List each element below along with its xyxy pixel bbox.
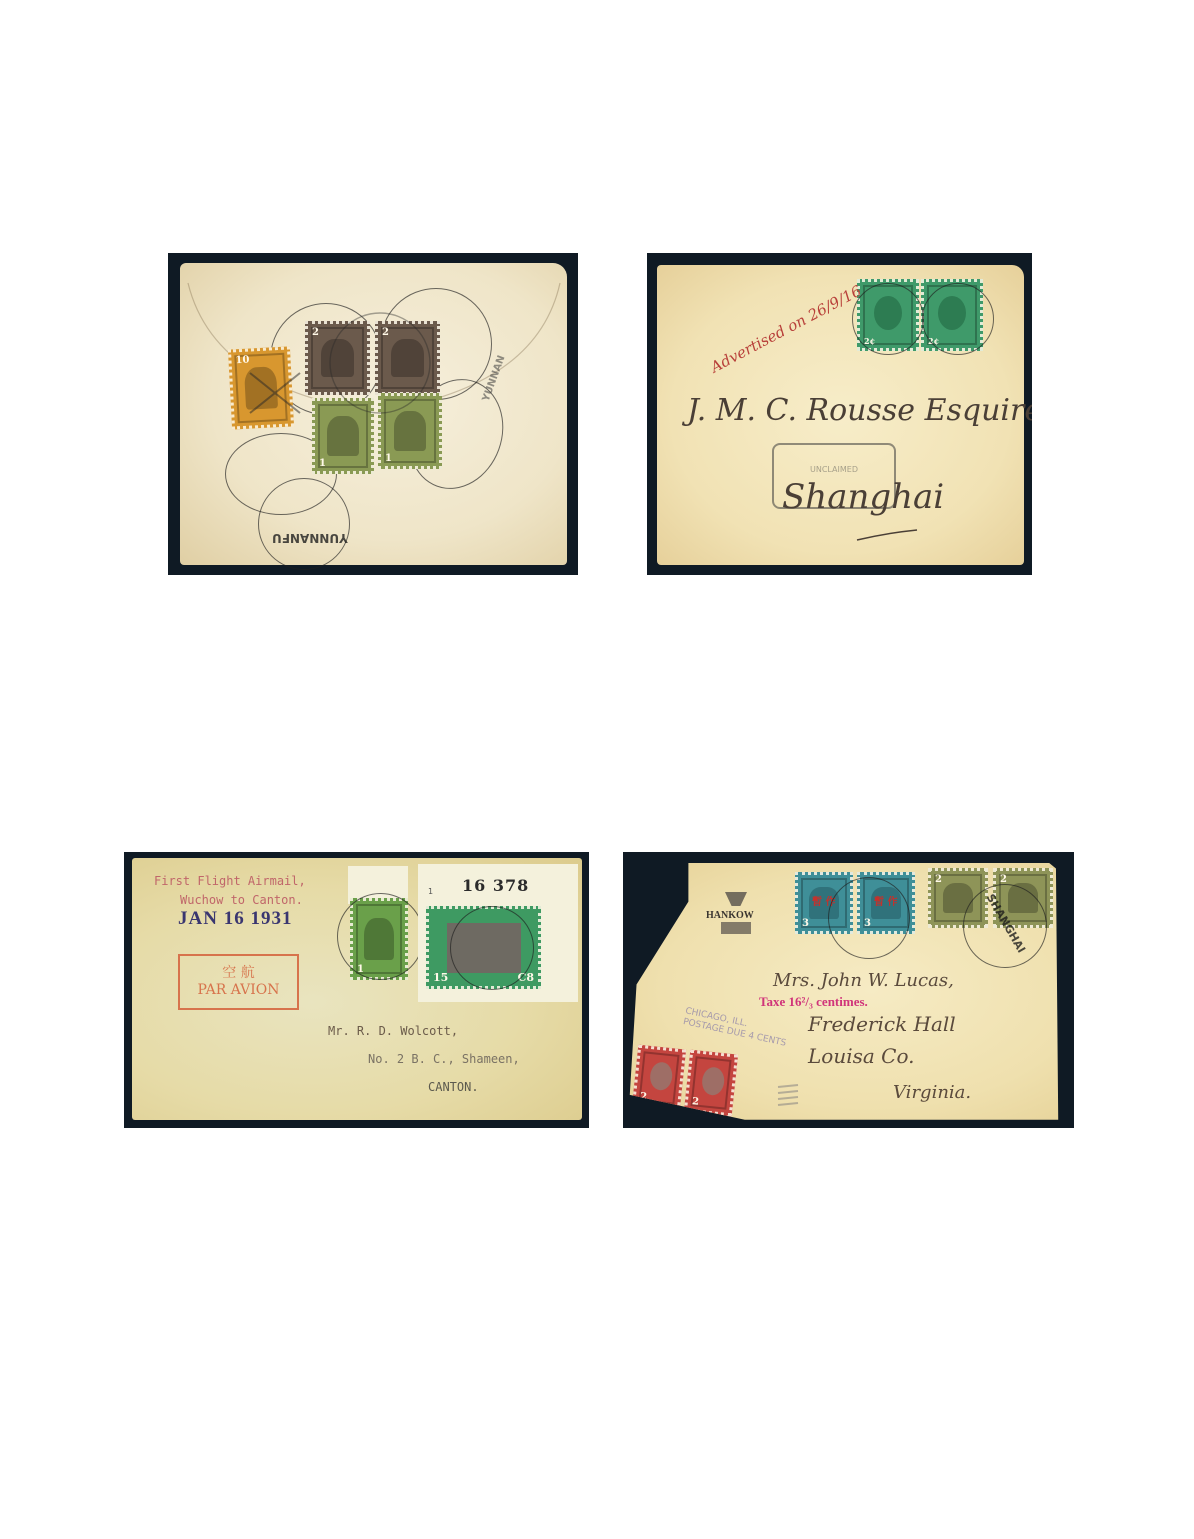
duplex-cancel-bars	[623, 852, 1074, 1128]
cover-photo-1: YUNNANFU YUNNAN 10 2 2 1 1	[168, 253, 578, 575]
underline-stroke	[657, 265, 1024, 565]
envelope-front: HANKOW 暫 作 3 暫 作 3 2 2 SHANGHAI Mrs. Joh…	[623, 852, 1074, 1128]
address-street: No. 2 B. C., Shameen,	[368, 1052, 520, 1066]
cover-photo-4: HANKOW 暫 作 3 暫 作 3 2 2 SHANGHAI Mrs. Joh…	[623, 852, 1074, 1128]
date-stamp: JAN 16 1931	[178, 908, 292, 930]
envelope-front: 2¢ 2¢ Advertised on 26/9/16 J. M. C. Rou…	[657, 265, 1024, 565]
flight-header-1: First Flight Airmail,	[154, 874, 306, 888]
postmark-circle	[337, 893, 424, 980]
sheet-number: 16 378	[462, 876, 529, 895]
postmark-circle	[450, 906, 534, 990]
envelope-front: First Flight Airmail, Wuchow to Canton. …	[132, 858, 582, 1120]
cover-photo-2: 2¢ 2¢ Advertised on 26/9/16 J. M. C. Rou…	[647, 253, 1032, 575]
flight-header-2: Wuchow to Canton.	[180, 893, 303, 907]
envelope-back: YUNNANFU YUNNAN 10 2 2 1 1	[180, 263, 567, 565]
par-avion-box: 空 航 PAR AVION	[178, 954, 299, 1010]
cover-photo-3: First Flight Airmail, Wuchow to Canton. …	[124, 852, 589, 1128]
address-city: CANTON.	[428, 1080, 479, 1094]
address-name: Mr. R. D. Wolcott,	[328, 1024, 458, 1038]
cancel-lines	[180, 263, 567, 565]
